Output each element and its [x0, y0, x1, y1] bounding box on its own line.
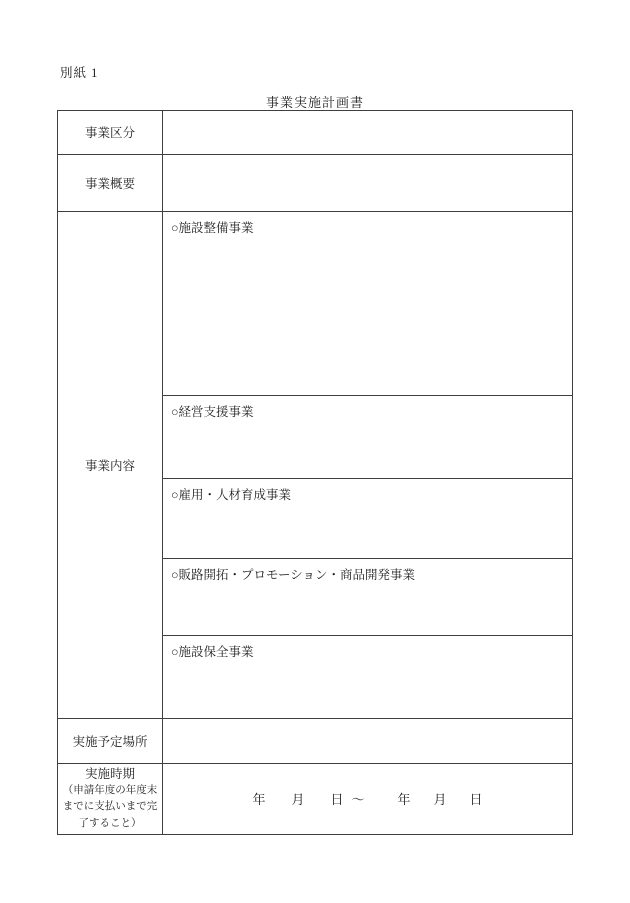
- content-section-employment-training[interactable]: ○雇用・人材育成事業: [163, 478, 572, 558]
- date-day-1: 日: [330, 789, 343, 808]
- business-category-input[interactable]: [163, 111, 572, 154]
- business-overview-label: 事業概要: [58, 155, 163, 211]
- row-period: 実施時期 （申請年度の年度末までに支払いまで完了すること） 年 月 日 ～ 年 …: [58, 763, 572, 835]
- business-content-label: 事業内容: [58, 212, 163, 718]
- period-label: 実施時期: [85, 766, 135, 783]
- row-business-content: 事業内容 ○施設整備事業 ○経営支援事業 ○雇用・人材育成事業 ○販路開拓・プロ…: [58, 211, 572, 718]
- location-input[interactable]: [163, 719, 572, 763]
- document-title: 事業実施計画書: [0, 92, 630, 111]
- date-year-1: 年: [252, 789, 265, 808]
- date-range-tilde: ～: [351, 789, 364, 808]
- date-range-line: 年 月 日 ～ 年 月 日: [163, 764, 572, 835]
- period-input[interactable]: 年 月 日 ～ 年 月 日: [163, 764, 572, 835]
- content-section-sales-promotion-product[interactable]: ○販路開拓・プロモーション・商品開発事業: [163, 558, 572, 635]
- content-section-facility-development[interactable]: ○施設整備事業: [163, 212, 572, 395]
- row-business-overview: 事業概要: [58, 154, 572, 211]
- business-content-sections: ○施設整備事業 ○経営支援事業 ○雇用・人材育成事業 ○販路開拓・プロモーション…: [163, 212, 572, 718]
- date-month-1: 月: [291, 789, 304, 808]
- period-label-cell: 実施時期 （申請年度の年度末までに支払いまで完了すること）: [58, 764, 163, 835]
- attachment-label: 別紙 1: [60, 63, 98, 81]
- content-section-management-support[interactable]: ○経営支援事業: [163, 395, 572, 478]
- row-location: 実施予定場所: [58, 718, 572, 763]
- date-month-2: 月: [434, 789, 447, 808]
- row-business-category: 事業区分: [58, 111, 572, 154]
- location-label: 実施予定場所: [58, 719, 163, 763]
- document-sheet: 別紙 1 事業実施計画書 事業区分 事業概要 事業内容 ○施設整備事業 ○経営支…: [0, 0, 630, 903]
- content-section-facility-maintenance[interactable]: ○施設保全事業: [163, 635, 572, 718]
- business-overview-input[interactable]: [163, 155, 572, 211]
- date-day-2: 日: [470, 789, 483, 808]
- plan-table: 事業区分 事業概要 事業内容 ○施設整備事業 ○経営支援事業 ○雇用・人材育成事…: [57, 110, 573, 835]
- business-category-label: 事業区分: [58, 111, 163, 154]
- period-note: （申請年度の年度末までに支払いまで完了すること）: [61, 783, 159, 833]
- date-year-2: 年: [398, 789, 411, 808]
